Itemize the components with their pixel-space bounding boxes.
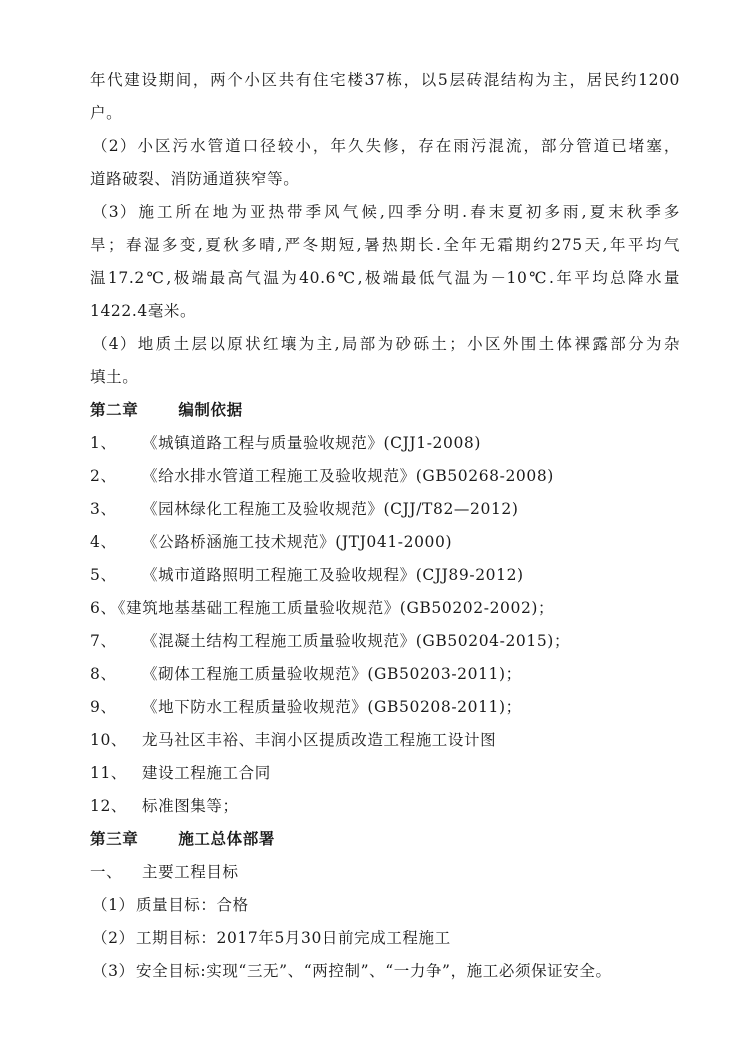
list-item: 5、《城市道路照明工程施工及验收规程》(CJJ89-2012) xyxy=(90,559,680,592)
list-number: 5、 xyxy=(90,559,142,592)
list-text: 《城市道路照明工程施工及验收规程》(CJJ89-2012) xyxy=(142,566,524,584)
list-item: 11、建设工程施工合同 xyxy=(90,757,680,790)
chapter-number: 第三章 xyxy=(90,830,138,848)
list-text: 《园林绿化工程施工及验收规范》(CJJ/T82—2012) xyxy=(142,500,519,518)
paragraph-line: （4）地质土层以原状红壤为主,局部为砂砾土；小区外围土体裸露部分为杂 xyxy=(90,328,680,361)
list-number: 8、 xyxy=(90,658,142,691)
list-number: 3、 xyxy=(90,493,142,526)
list-number: 1、 xyxy=(90,427,142,460)
paragraph-line: 旱；春湿多变,夏秋多晴,严冬期短,暑热期长.全年无霜期约275天,年平均气 xyxy=(90,229,680,262)
list-text: 《城镇道路工程与质量验收规范》(CJJ1-2008) xyxy=(142,434,481,452)
list-text: 《混凝土结构工程施工质量验收规范》(GB50204-2015)； xyxy=(142,632,570,650)
list-number: 10、 xyxy=(90,724,142,757)
paragraph-text: 地质土层以原状红壤为主,局部为砂砾土；小区外围土体裸露部分为杂 xyxy=(136,335,680,353)
paragraph-line: 道路破裂、消防通道狭窄等。 xyxy=(90,163,680,196)
list-item: 9、《地下防水工程质量验收规范》(GB50208-2011)； xyxy=(90,691,680,724)
list-number: 9、 xyxy=(90,691,142,724)
list-marker: （1） xyxy=(90,889,136,922)
list-text: 标准图集等； xyxy=(142,797,239,815)
list-item: 10、龙马社区丰裕、丰润小区提质改造工程施工设计图 xyxy=(90,724,680,757)
list-marker: （2） xyxy=(90,922,136,955)
list-number: 11、 xyxy=(90,757,142,790)
goal-text: 安全目标:实现“三无”、“两控制”、“一力争”，施工必须保证安全。 xyxy=(136,962,612,980)
list-item: 3、《园林绿化工程施工及验收规范》(CJJ/T82—2012) xyxy=(90,493,680,526)
list-marker: （3） xyxy=(90,196,136,229)
paragraph-line: 1422.4毫米。 xyxy=(90,295,680,328)
paragraph-line: （3）施工所在地为亚热带季风气候,四季分明.春末夏初多雨,夏末秋季多 xyxy=(90,196,680,229)
list-item: 12、标准图集等； xyxy=(90,790,680,823)
list-text: 《地下防水工程质量验收规范》(GB50208-2011)； xyxy=(142,698,522,716)
list-item: 4、《公路桥涵施工技术规范》(JTJ041-2000) xyxy=(90,526,680,559)
paragraph-line: 户。 xyxy=(90,97,680,130)
document-page: 年代建设期间，两个小区共有住宅楼37栋，以5层砖混结构为主，居民约1200 户。… xyxy=(90,64,680,988)
section-title: 主要工程目标 xyxy=(142,863,239,881)
paragraph-text: 小区污水管道口径较小，年久失修，存在雨污混流，部分管道已堵塞， xyxy=(136,137,680,155)
goal-item: （3）安全目标:实现“三无”、“两控制”、“一力争”，施工必须保证安全。 xyxy=(90,955,680,988)
list-number: 4、 xyxy=(90,526,142,559)
list-number: 6、 xyxy=(90,592,110,625)
chapter-heading: 第三章施工总体部署 xyxy=(90,823,680,856)
goal-item: （2）工期目标：2017年5月30日前完成工程施工 xyxy=(90,922,680,955)
chapter-title: 施工总体部署 xyxy=(178,830,275,848)
list-item: 1、《城镇道路工程与质量验收规范》(CJJ1-2008) xyxy=(90,427,680,460)
paragraph-line: （2）小区污水管道口径较小，年久失修，存在雨污混流，部分管道已堵塞， xyxy=(90,130,680,163)
list-marker: （2） xyxy=(90,130,136,163)
goal-text: 工期目标：2017年5月30日前完成工程施工 xyxy=(136,929,451,947)
list-text: 龙马社区丰裕、丰润小区提质改造工程施工设计图 xyxy=(142,731,496,749)
list-text: 《建筑地基基础工程施工质量验收规范》(GB50202-2002)； xyxy=(110,599,554,617)
list-item: 8、《砌体工程施工质量验收规范》(GB50203-2011)； xyxy=(90,658,680,691)
list-number: 12、 xyxy=(90,790,142,823)
goal-item: （1）质量目标：合格 xyxy=(90,889,680,922)
chapter-title: 编制依据 xyxy=(178,401,242,419)
list-marker: （3） xyxy=(90,955,136,988)
chapter-number: 第二章 xyxy=(90,401,138,419)
list-marker: （4） xyxy=(90,328,136,361)
list-item: 2、《给水排水管道工程施工及验收规范》(GB50268-2008) xyxy=(90,460,680,493)
list-number: 7、 xyxy=(90,625,142,658)
goal-text: 质量目标：合格 xyxy=(136,896,249,914)
list-item: 7、《混凝土结构工程施工质量验收规范》(GB50204-2015)； xyxy=(90,625,680,658)
paragraph-line: 年代建设期间，两个小区共有住宅楼37栋，以5层砖混结构为主，居民约1200 xyxy=(90,64,680,97)
list-text: 《砌体工程施工质量验收规范》(GB50203-2011)； xyxy=(142,665,522,683)
paragraph-text: 施工所在地为亚热带季风气候,四季分明.春末夏初多雨,夏末秋季多 xyxy=(136,203,680,221)
list-text: 《公路桥涵施工技术规范》(JTJ041-2000) xyxy=(142,533,452,551)
paragraph-line: 填土。 xyxy=(90,361,680,394)
list-text: 《给水排水管道工程施工及验收规范》(GB50268-2008) xyxy=(142,467,554,485)
list-number: 2、 xyxy=(90,460,142,493)
section-number: 一、 xyxy=(90,856,142,889)
paragraph-line: 温17.2℃,极端最高气温为40.6℃,极端最低气温为－10℃.年平均总降水量 xyxy=(90,262,680,295)
list-item: 6、《建筑地基基础工程施工质量验收规范》(GB50202-2002)； xyxy=(90,592,680,625)
list-text: 建设工程施工合同 xyxy=(142,764,271,782)
chapter-heading: 第二章编制依据 xyxy=(90,394,680,427)
section-heading: 一、主要工程目标 xyxy=(90,856,680,889)
